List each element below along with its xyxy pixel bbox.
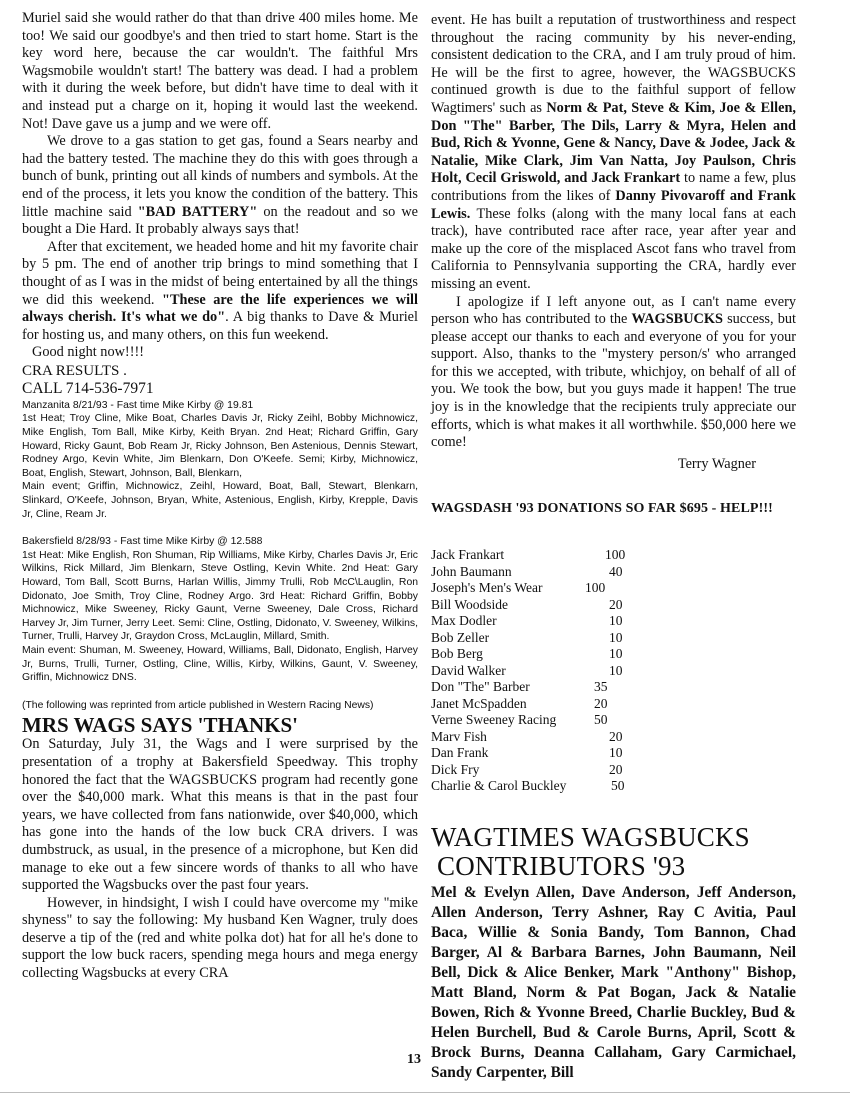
article-continued-paragraph: I apologize if I left anyone out, as I c…: [431, 294, 796, 452]
donation-row: Bob Zeller10: [431, 630, 796, 647]
race-result-manzanita: Manzanita 8/21/93 - Fast time Mike Kirby…: [22, 399, 418, 521]
race-main-event: Main event: Shuman, M. Sweeney, Howard, …: [22, 644, 418, 685]
donation-row: Bob Berg10: [431, 646, 796, 663]
spacer: [22, 521, 418, 535]
article-continued-paragraph: event. He has built a reputation of trus…: [431, 12, 796, 294]
donation-row: Bill Woodside20: [431, 597, 796, 614]
cra-results-heading: CRA RESULTS .: [22, 362, 418, 380]
race-result-bakersfield: Bakersfield 8/28/93 - Fast time Mike Kir…: [22, 535, 418, 685]
donation-row: Janet McSpadden20: [431, 696, 796, 713]
donation-row: Joseph's Men's Wear100: [431, 580, 796, 597]
spacer: [22, 685, 418, 699]
donation-row: David Walker10: [431, 663, 796, 680]
race-heats: 1st Heat: Mike English, Ron Shuman, Rip …: [22, 549, 418, 644]
donation-row: Don "The" Barber35: [431, 679, 796, 696]
race-title: Bakersfield 8/28/93 - Fast time Mike Kir…: [22, 535, 418, 549]
donation-row: John Baumann40: [431, 564, 796, 581]
right-column: event. He has built a reputation of trus…: [431, 12, 796, 1083]
story-paragraph: Muriel said she would rather do that tha…: [22, 10, 418, 133]
reprint-note: (The following was reprinted from articl…: [22, 699, 418, 713]
page-edge-line: [0, 1092, 850, 1093]
page-number: 13: [407, 1052, 421, 1068]
left-column: Muriel said she would rather do that tha…: [22, 10, 418, 983]
newsletter-page: Muriel said she would rather do that tha…: [0, 0, 850, 1100]
donation-row: Max Dodler10: [431, 613, 796, 630]
donation-row: Charlie & Carol Buckley50: [431, 778, 796, 795]
donations-list: Jack Frankart100 John Baumann40 Joseph's…: [431, 547, 796, 795]
article-paragraph: On Saturday, July 31, the Wags and I wer…: [22, 736, 418, 894]
donation-row: Marv Fish20: [431, 729, 796, 746]
race-title: Manzanita 8/21/93 - Fast time Mike Kirby…: [22, 399, 418, 413]
donations-heading: WAGSDASH '93 DONATIONS SO FAR $695 - HEL…: [431, 501, 796, 517]
contributors-title: WAGTIMES WAGSBUCKS CONTRIBUTORS '93: [431, 823, 796, 881]
race-heats: 1st Heat; Troy Cline, Mike Boat, Charles…: [22, 412, 418, 480]
donation-row: Verne Sweeney Racing50: [431, 712, 796, 729]
article-title: MRS WAGS SAYS 'THANKS': [22, 714, 418, 736]
cra-phone: CALL 714-536-7971: [22, 380, 418, 398]
story-paragraph: After that excitement, we headed home an…: [22, 239, 418, 345]
contributors-list: Mel & Evelyn Allen, Dave Anderson, Jeff …: [431, 883, 796, 1083]
sign-off: Good night now!!!!: [22, 344, 418, 362]
donation-row: Dan Frank10: [431, 745, 796, 762]
story-paragraph: We drove to a gas station to get gas, fo…: [22, 133, 418, 239]
donation-row: Dick Fry20: [431, 762, 796, 779]
article-paragraph: However, in hindsight, I wish I could ha…: [22, 895, 418, 983]
donation-row: Jack Frankart100: [431, 547, 796, 564]
race-main-event: Main event; Griffin, Michnowicz, Zeihl, …: [22, 480, 418, 521]
signature: Terry Wagner: [431, 456, 796, 474]
